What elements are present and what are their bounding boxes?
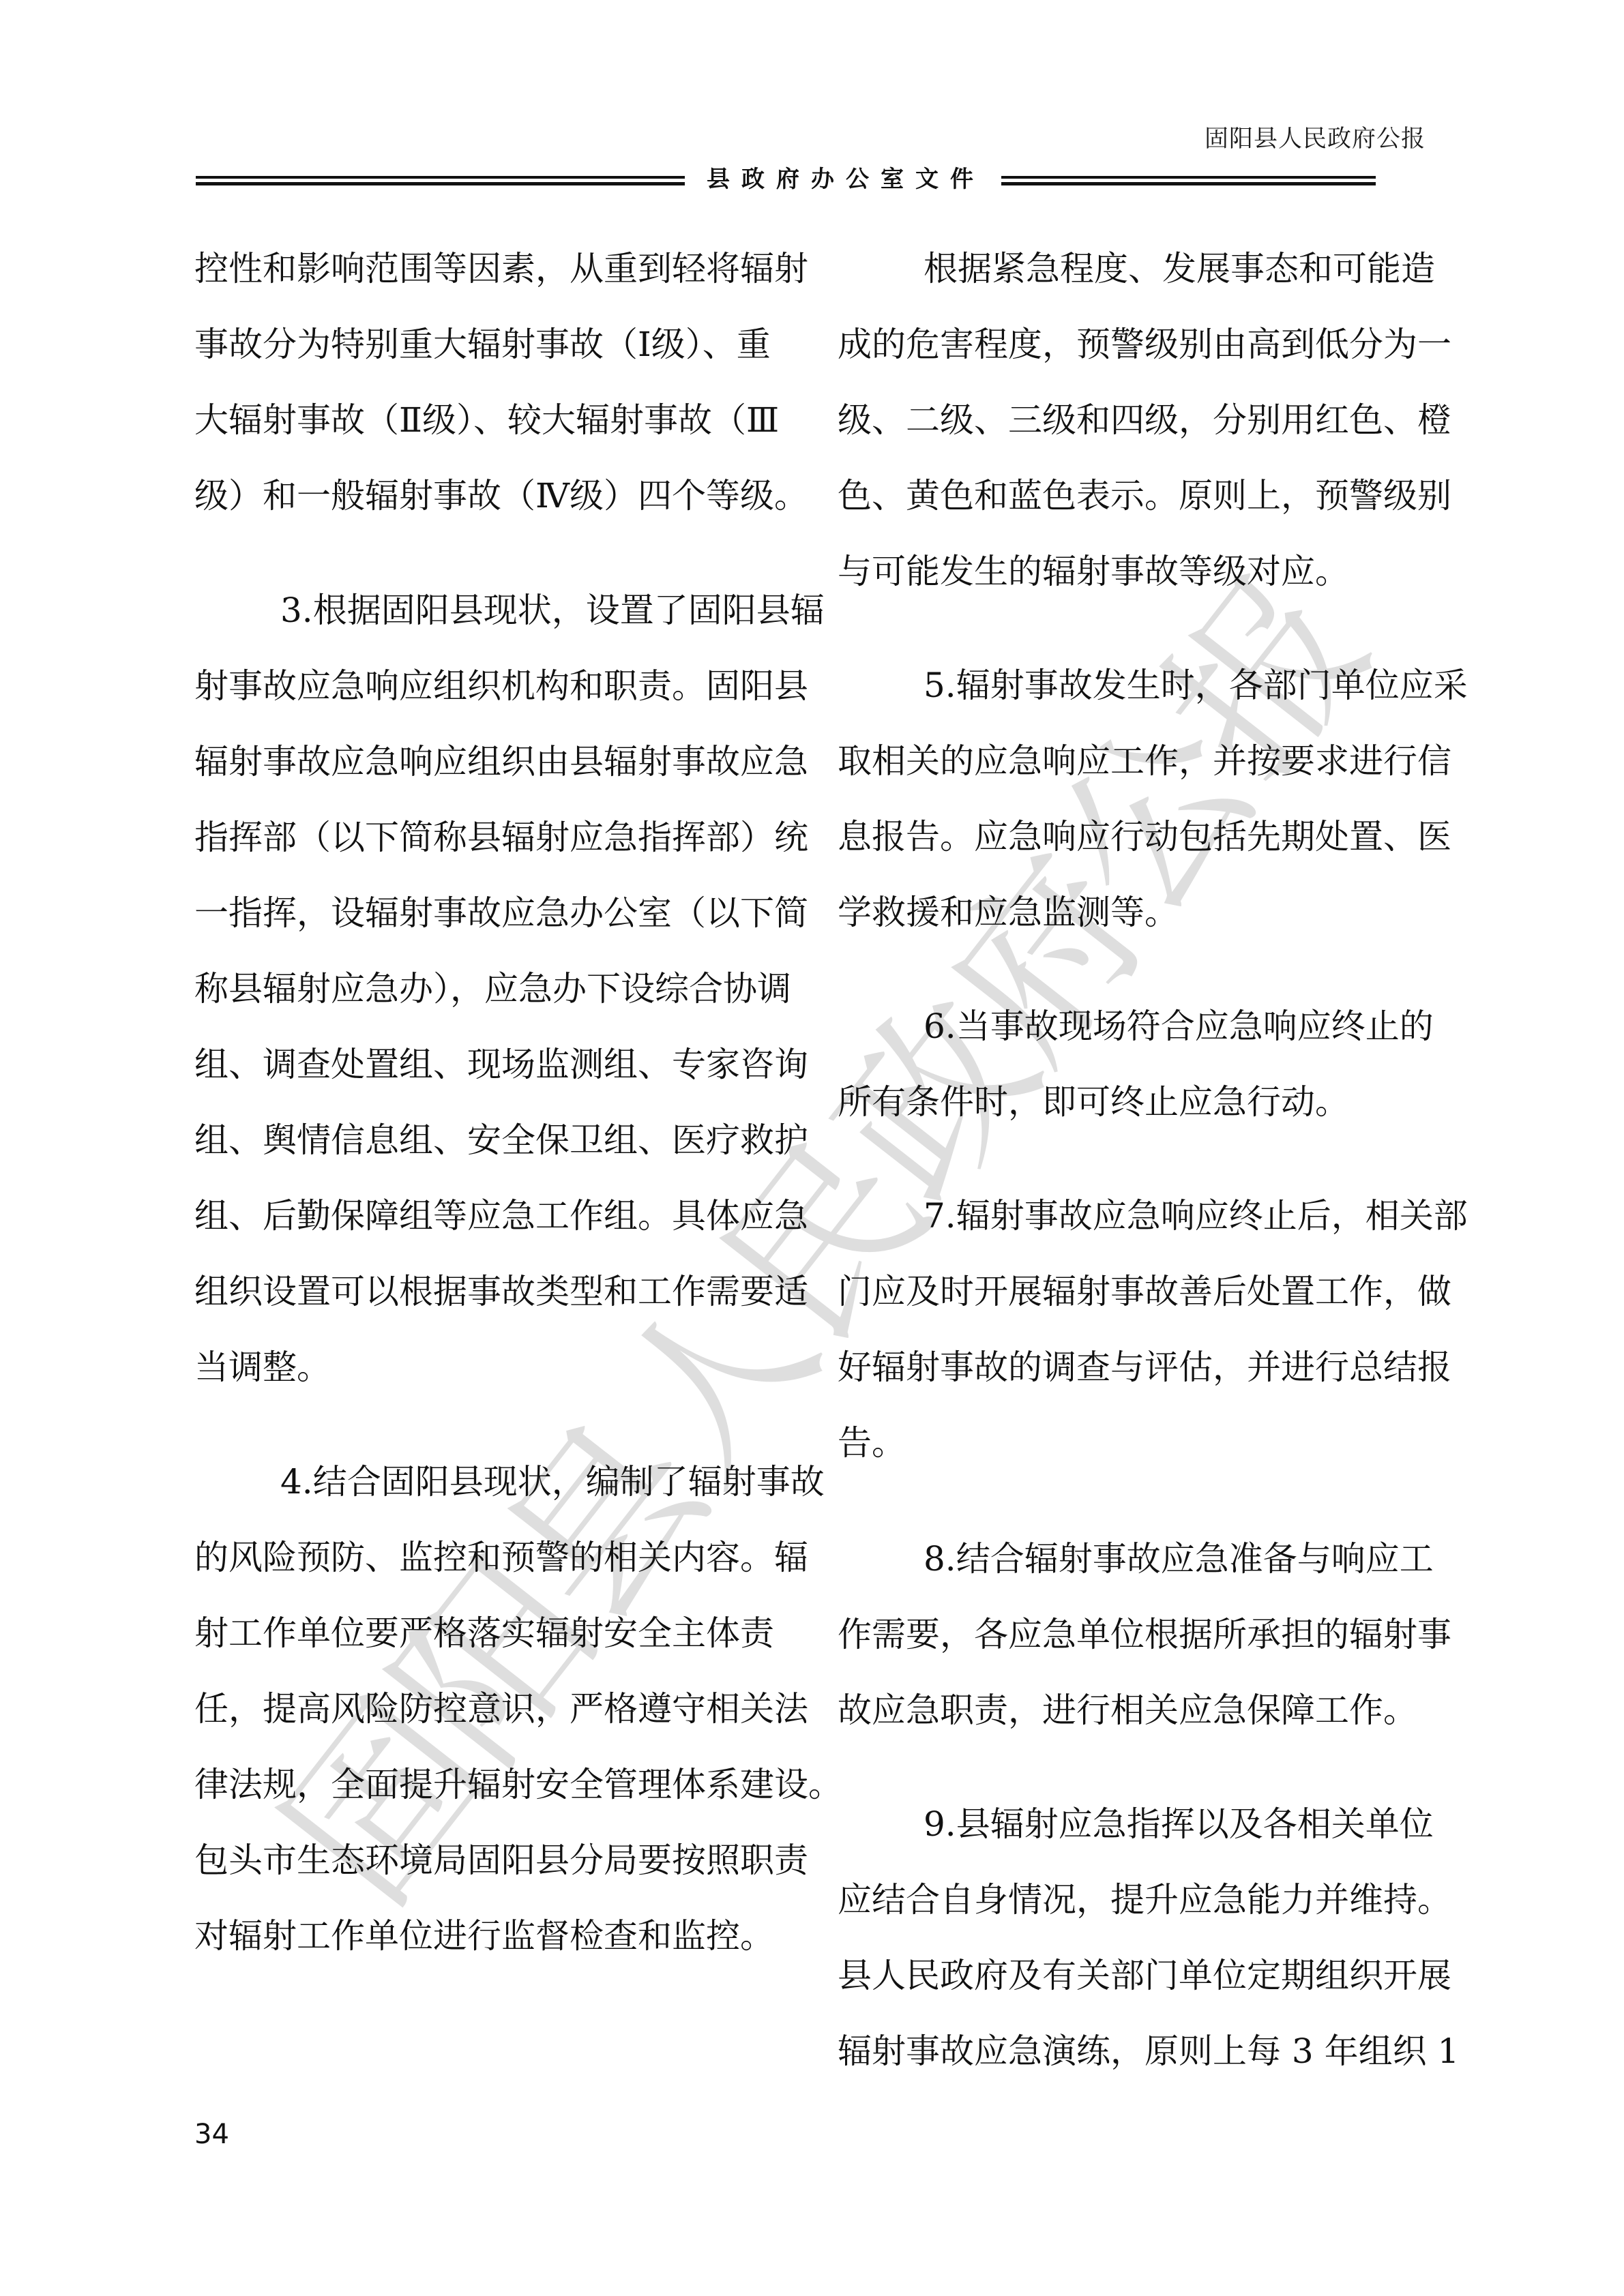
text-line: 6.当事故现场符合应急响应终止的 <box>838 989 1426 1064</box>
text-line: 射工作单位要严格落实辐射安全主体责 <box>194 1596 782 1671</box>
paragraph-item-6: 6.当事故现场符合应急响应终止的 所有条件时，即可终止应急行动。 <box>838 989 1426 1140</box>
text-line: 任，提高风险防控意识，严格遵守相关法 <box>194 1671 782 1747</box>
text-line: 取相关的应急响应工作，并按要求进行信 <box>838 724 1426 799</box>
text-line: 7.辐射事故应急响应终止后，相关部 <box>838 1178 1426 1254</box>
text-line: 的风险预防、监控和预警的相关内容。辐 <box>194 1520 782 1596</box>
text-line: 好辐射事故的调查与评估，并进行总结报 <box>838 1330 1426 1405</box>
paragraph-item-5: 5.辐射事故发生时，各部门单位应采 取相关的应急响应工作，并按要求进行信 息报告… <box>838 648 1426 951</box>
text-line: 学救援和应急监测等。 <box>838 875 1426 951</box>
page-number: 34 <box>194 2117 229 2151</box>
text-line: 所有条件时，即可终止应急行动。 <box>838 1064 1426 1140</box>
section-label: 县政府办公室文件 <box>703 162 989 196</box>
text-line: 门应及时开展辐射事故善后处置工作，做 <box>838 1254 1426 1330</box>
text-line: 当调整。 <box>194 1330 782 1405</box>
text-line: 县人民政府及有关部门单位定期组织开展 <box>838 1938 1426 2014</box>
paragraph-severity-levels: 控性和影响范围等因素，从重到轻将辐射 事故分为特别重大辐射事故（Ⅰ级）、重 大辐… <box>194 231 782 534</box>
text-line: 射事故应急响应组织机构和职责。固阳县 <box>194 648 782 724</box>
paragraph-item-3: 3.根据固阳县现状，设置了固阳县辐 射事故应急响应组织机构和职责。固阳县 辐射事… <box>194 573 782 1405</box>
text-line: 律法规，全面提升辐射安全管理体系建设。 <box>194 1747 782 1823</box>
text-line: 级）和一般辐射事故（Ⅳ级）四个等级。 <box>194 458 782 534</box>
text-line: 应结合自身情况，提升应急能力并维持。 <box>838 1862 1426 1938</box>
running-title: 固阳县人民政府公报 <box>1200 123 1426 155</box>
text-line: 色、黄色和蓝色表示。原则上，预警级别 <box>838 458 1426 534</box>
text-line: 包头市生态环境局固阳县分局要按照职责 <box>194 1823 782 1898</box>
text-line: 与可能发生的辐射事故等级对应。 <box>838 534 1426 610</box>
text-line: 5.辐射事故发生时，各部门单位应采 <box>838 648 1426 724</box>
paragraph-item-8: 8.结合辐射事故应急准备与响应工 作需要，各应急单位根据所承担的辐射事 故应急职… <box>838 1521 1426 1748</box>
text-line: 事故分为特别重大辐射事故（Ⅰ级）、重 <box>194 307 782 383</box>
text-line: 4.结合固阳县现状，编制了辐射事故 <box>194 1444 782 1520</box>
text-line: 9.县辐射应急指挥以及各相关单位 <box>838 1787 1426 1862</box>
text-line: 8.结合辐射事故应急准备与响应工 <box>838 1521 1426 1597</box>
text-line: 告。 <box>838 1405 1426 1481</box>
text-line: 级、二级、三级和四级，分别用红色、橙 <box>838 383 1426 458</box>
text-line: 故应急职责，进行相关应急保障工作。 <box>838 1673 1426 1748</box>
text-line: 控性和影响范围等因素，从重到轻将辐射 <box>194 231 782 307</box>
paragraph-warning-levels: 根据紧急程度、发展事态和可能造 成的危害程度，预警级别由高到低分为一 级、二级、… <box>838 231 1426 610</box>
text-line: 指挥部（以下简称县辐射应急指挥部）统 <box>194 800 782 876</box>
paragraph-item-4: 4.结合固阳县现状，编制了辐射事故 的风险预防、监控和预警的相关内容。辐 射工作… <box>194 1444 782 1974</box>
text-line: 对辐射工作单位进行监督检查和监控。 <box>194 1898 782 1974</box>
text-line: 辐射事故应急演练，原则上每 3 年组织 1 <box>838 2014 1426 2089</box>
text-line: 称县辐射应急办），应急办下设综合协调 <box>194 951 782 1027</box>
text-line: 根据紧急程度、发展事态和可能造 <box>838 231 1426 307</box>
text-line: 大辐射事故（Ⅱ级）、较大辐射事故（Ⅲ <box>194 383 782 458</box>
text-line: 组、舆情信息组、安全保卫组、医疗救护 <box>194 1103 782 1178</box>
paragraph-item-7: 7.辐射事故应急响应终止后，相关部 门应及时开展辐射事故善后处置工作，做 好辐射… <box>838 1178 1426 1481</box>
text-line: 辐射事故应急响应组织由县辐射事故应急 <box>194 724 782 800</box>
header-rule-left <box>196 176 685 185</box>
paragraph-item-9: 9.县辐射应急指挥以及各相关单位 应结合自身情况，提升应急能力并维持。 县人民政… <box>838 1787 1426 2089</box>
text-line: 成的危害程度，预警级别由高到低分为一 <box>838 307 1426 383</box>
header-rule-right <box>1001 176 1376 185</box>
text-line: 组、后勤保障组等应急工作组。具体应急 <box>194 1178 782 1254</box>
text-line: 作需要，各应急单位根据所承担的辐射事 <box>838 1597 1426 1673</box>
document-page: 固阳县人民政府公报 县政府办公室文件 固阳县人民政府公报 控性和影响范围等因素，… <box>0 0 1624 2296</box>
text-line: 3.根据固阳县现状，设置了固阳县辐 <box>194 573 782 648</box>
text-line: 组织设置可以根据事故类型和工作需要适 <box>194 1254 782 1330</box>
text-line: 息报告。应急响应行动包括先期处置、医 <box>838 799 1426 875</box>
text-line: 组、调查处置组、现场监测组、专家咨询 <box>194 1027 782 1103</box>
text-line: 一指挥，设辐射事故应急办公室（以下简 <box>194 876 782 951</box>
